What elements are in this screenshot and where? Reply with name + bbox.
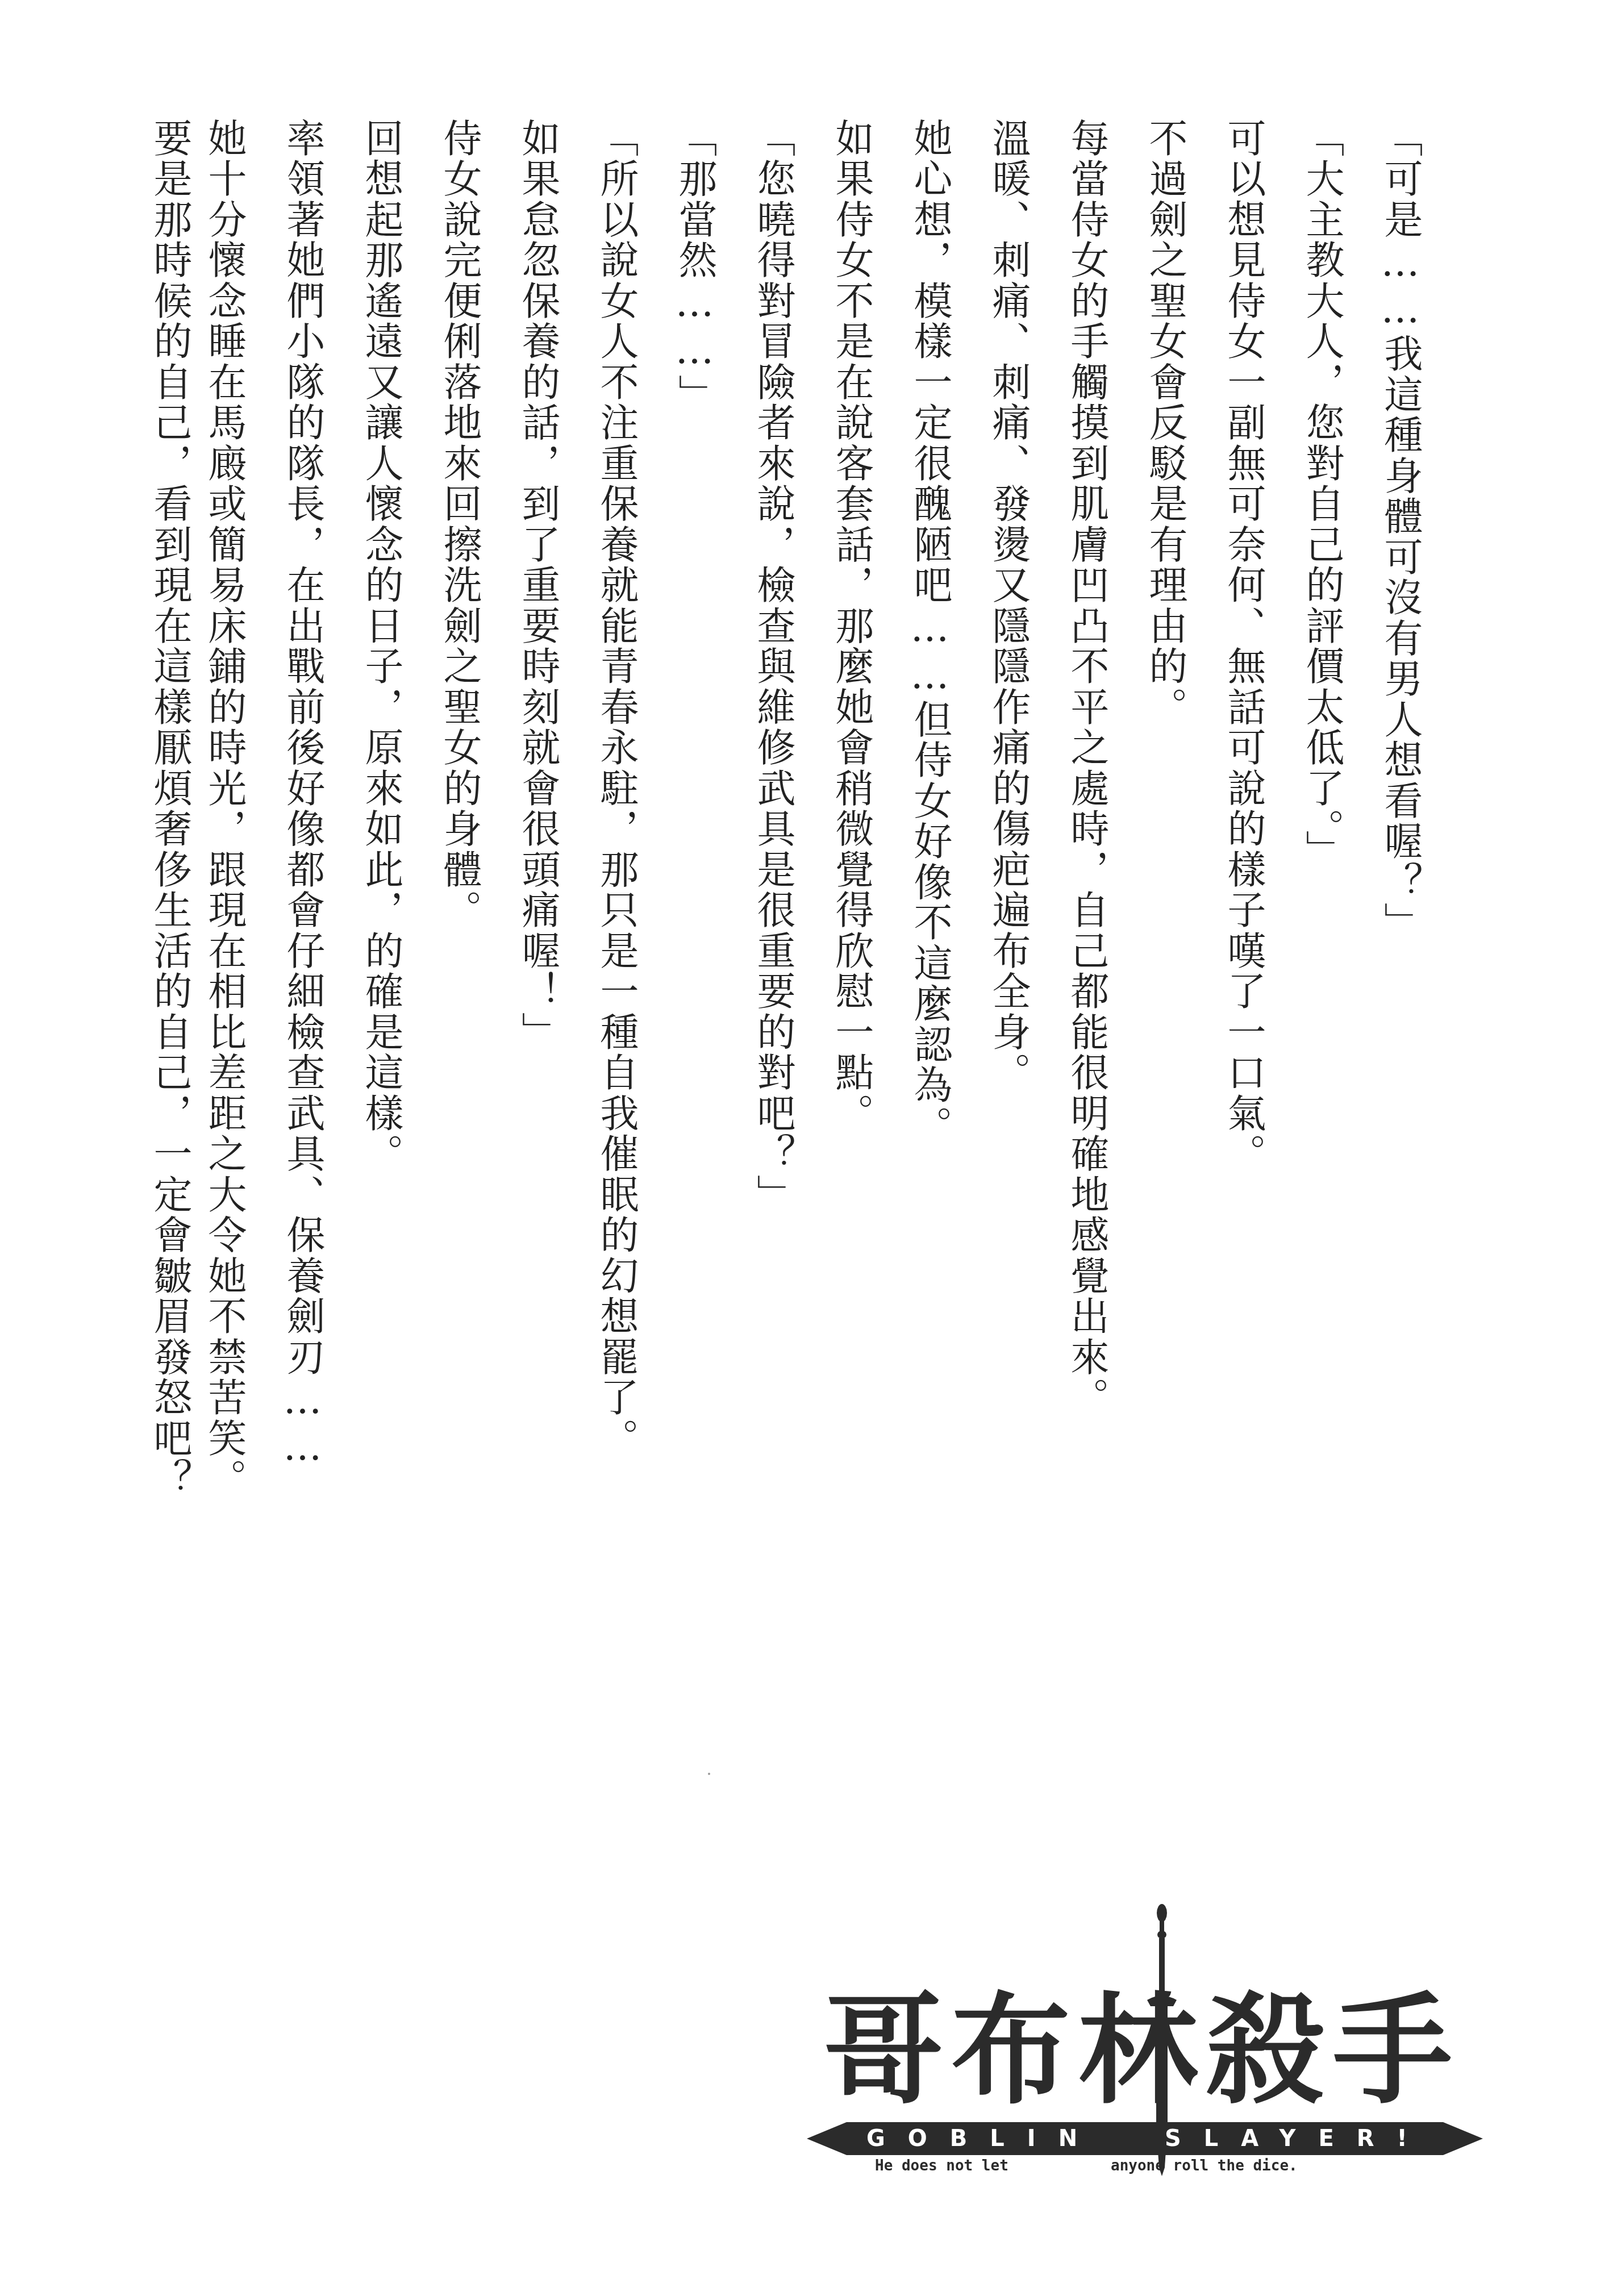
book-page: 「可是……我這種身體可沒有男人想看喔？」 「大主教大人，您對自己的評價太低了。」… xyxy=(0,0,1613,2296)
text-column-15: 率領著她們小隊的隊長，在出戰前後好像都會仔細檢查武具、保養劍刃…… xyxy=(282,118,323,1472)
logo-banner-goblin: GOBLIN xyxy=(866,2123,1100,2154)
text-column-16: 她十分懷念睡在馬廄或簡易床鋪的時光，跟現在相比差距之大令她不禁苦笑。 xyxy=(203,118,244,1499)
text-column-12: 如果怠忽保養的話，到了重要時刻就會很頭痛喔！」 xyxy=(517,118,558,1053)
text-column-13: 侍女說完便俐落地來回擦洗劍之聖女的身體。 xyxy=(439,118,480,931)
text-column-5: 每當侍女的手觸摸到肌膚凹凸不平之處時，自己都能很明確地感覺出來。 xyxy=(1066,118,1107,1418)
logo-tagline-left: He does not let xyxy=(875,2157,1008,2174)
text-column-14: 回想起那遙遠又讓人懷念的日子，原來如此，的確是這樣。 xyxy=(360,118,401,1174)
logo-tagline-right: anyone roll the dice. xyxy=(1111,2157,1298,2174)
text-column-1: 「可是……我這種身體可沒有男人想看喔？」 xyxy=(1379,118,1420,943)
text-column-11: 「所以說女人不注重保養就能青春永駐，那只是一種自我催眠的幻想罷了。 xyxy=(595,118,636,1459)
text-column-3: 可以想見侍女一副無可奈何、無話可說的樣子嘆了一口氣。 xyxy=(1223,118,1264,1174)
text-column-17: 要是那時候的自己，看到現在這樣厭煩奢侈生活的自己，一定會皺眉發怒吧？ xyxy=(149,118,190,1499)
text-column-8: 如果侍女不是在說客套話，那麼她會稍微覺得欣慰一點。 xyxy=(831,118,872,1134)
logo-title: 哥布林殺手 xyxy=(815,1980,1469,2122)
logo-banner-slayer: SLAYER! xyxy=(1165,2123,1430,2154)
logo-banner: GOBLIN SLAYER! xyxy=(807,2122,1483,2155)
text-column-7: 她心想，模樣一定很醜陋吧……但侍女好像不這麼認為。 xyxy=(909,118,950,1147)
text-column-10: 「那當然……」 xyxy=(674,118,715,415)
text-column-4: 不過劍之聖女會反駁是有理由的。 xyxy=(1144,118,1185,728)
text-column-6: 溫暖、刺痛、刺痛、發燙又隱隱作痛的傷疤遍布全身。 xyxy=(987,118,1028,1093)
text-column-9: 「您曉得對冒險者來說，檢查與維修武具是很重要的對吧？」 xyxy=(752,118,793,1215)
scan-speck xyxy=(708,1773,710,1775)
text-column-2: 「大主教大人，您對自己的評價太低了。」 xyxy=(1301,118,1342,871)
goblin-slayer-logo: 哥布林殺手 GOBLIN SLAYER! He does not let any… xyxy=(793,1901,1491,2179)
